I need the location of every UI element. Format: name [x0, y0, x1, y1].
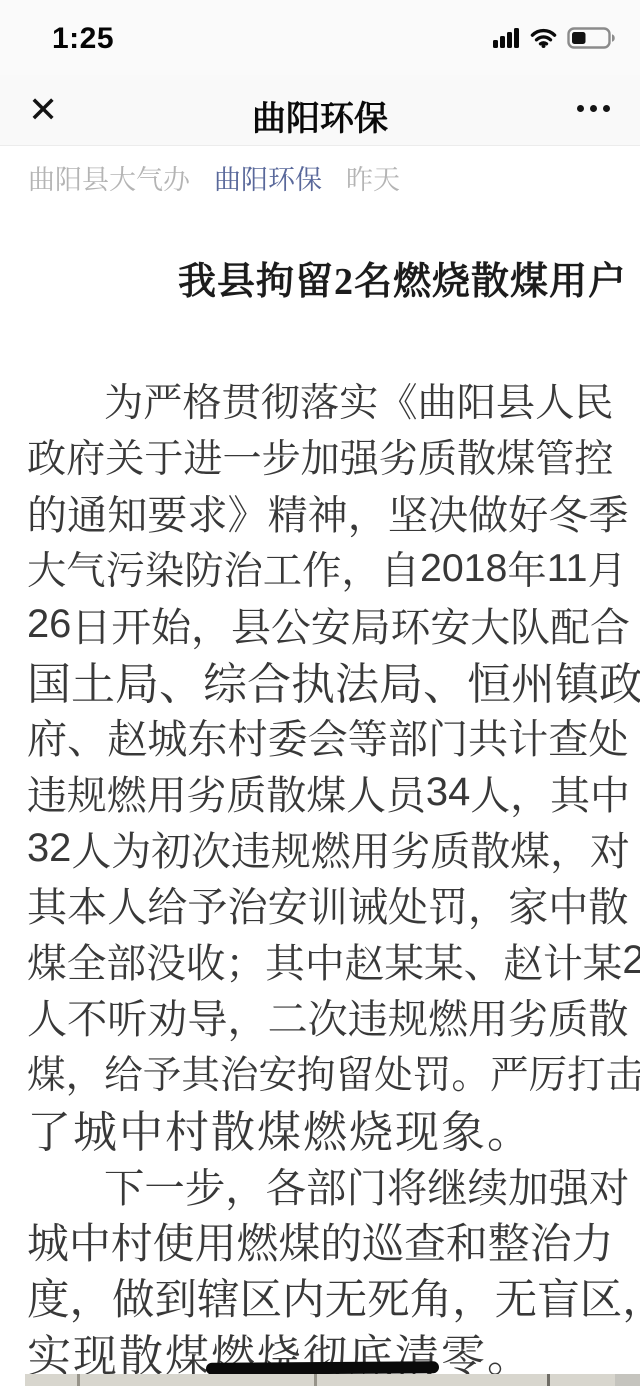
- article-line: 大气污染防治工作，自2018年11月: [27, 540, 613, 596]
- byline: 曲阳县大气办 曲阳环保 昨天: [28, 158, 400, 197]
- article-line: 煤，给予其治安拘留处罚。严厉打击: [27, 1044, 613, 1100]
- wifi-icon: [530, 28, 557, 53]
- marker-underline: [206, 1361, 439, 1375]
- article-line: 度，做到辖区内无死角，无盲区，: [27, 1268, 613, 1324]
- article-line: 政府关于进一步加强劣质散煤管控: [27, 428, 613, 484]
- nav-bar: ✕ 曲阳环保: [0, 75, 640, 146]
- article-line: 了城中村散煤燃烧现象。: [27, 1100, 613, 1156]
- article-line: 违规燃用劣质散煤人员34人，其中: [27, 764, 613, 820]
- article-line: 的通知要求》精神，坚决做好冬季: [27, 484, 613, 540]
- article-line: 下一步，各部门将继续加强对: [27, 1156, 613, 1212]
- byline-author: 曲阳县大气办: [28, 158, 190, 197]
- article-line: 煤全部没收；其中赵某某、赵计某2: [27, 932, 613, 988]
- article-line: 32人为初次违规燃用劣质散煤，对: [27, 820, 613, 876]
- article-body: 为严格贯彻落实《曲阳县人民政府关于进一步加强劣质散煤管控的通知要求》精神，坚决做…: [27, 372, 613, 1380]
- cellular-signal-icon: [493, 28, 520, 53]
- article-line: 国土局、综合执法局、恒州镇政: [27, 652, 613, 708]
- more-options-icon[interactable]: [577, 105, 610, 112]
- status-icons: [493, 26, 616, 55]
- status-bar: 1:25: [0, 0, 640, 75]
- byline-date: 昨天: [346, 158, 400, 197]
- photo-strip: [25, 1374, 640, 1386]
- article-line: 其本人给予治安训诫处罚，家中散: [27, 876, 613, 932]
- article-line: 为严格贯彻落实《曲阳县人民: [27, 372, 613, 428]
- byline-account-link[interactable]: 曲阳环保: [214, 158, 322, 197]
- article-line: 府、赵城东村委会等部门共计查处: [27, 708, 613, 764]
- status-time: 1:25: [52, 22, 114, 56]
- article-line: 城中村使用燃煤的巡查和整治力: [27, 1212, 613, 1268]
- battery-icon: [567, 26, 616, 55]
- article-line: 人不听劝导，二次违规燃用劣质散: [27, 988, 613, 1044]
- article-title: 我县拘留2名燃烧散煤用户: [178, 250, 627, 305]
- article-line: 26日开始，县公安局环安大队配合: [27, 596, 613, 652]
- nav-title: 曲阳环保: [0, 91, 640, 140]
